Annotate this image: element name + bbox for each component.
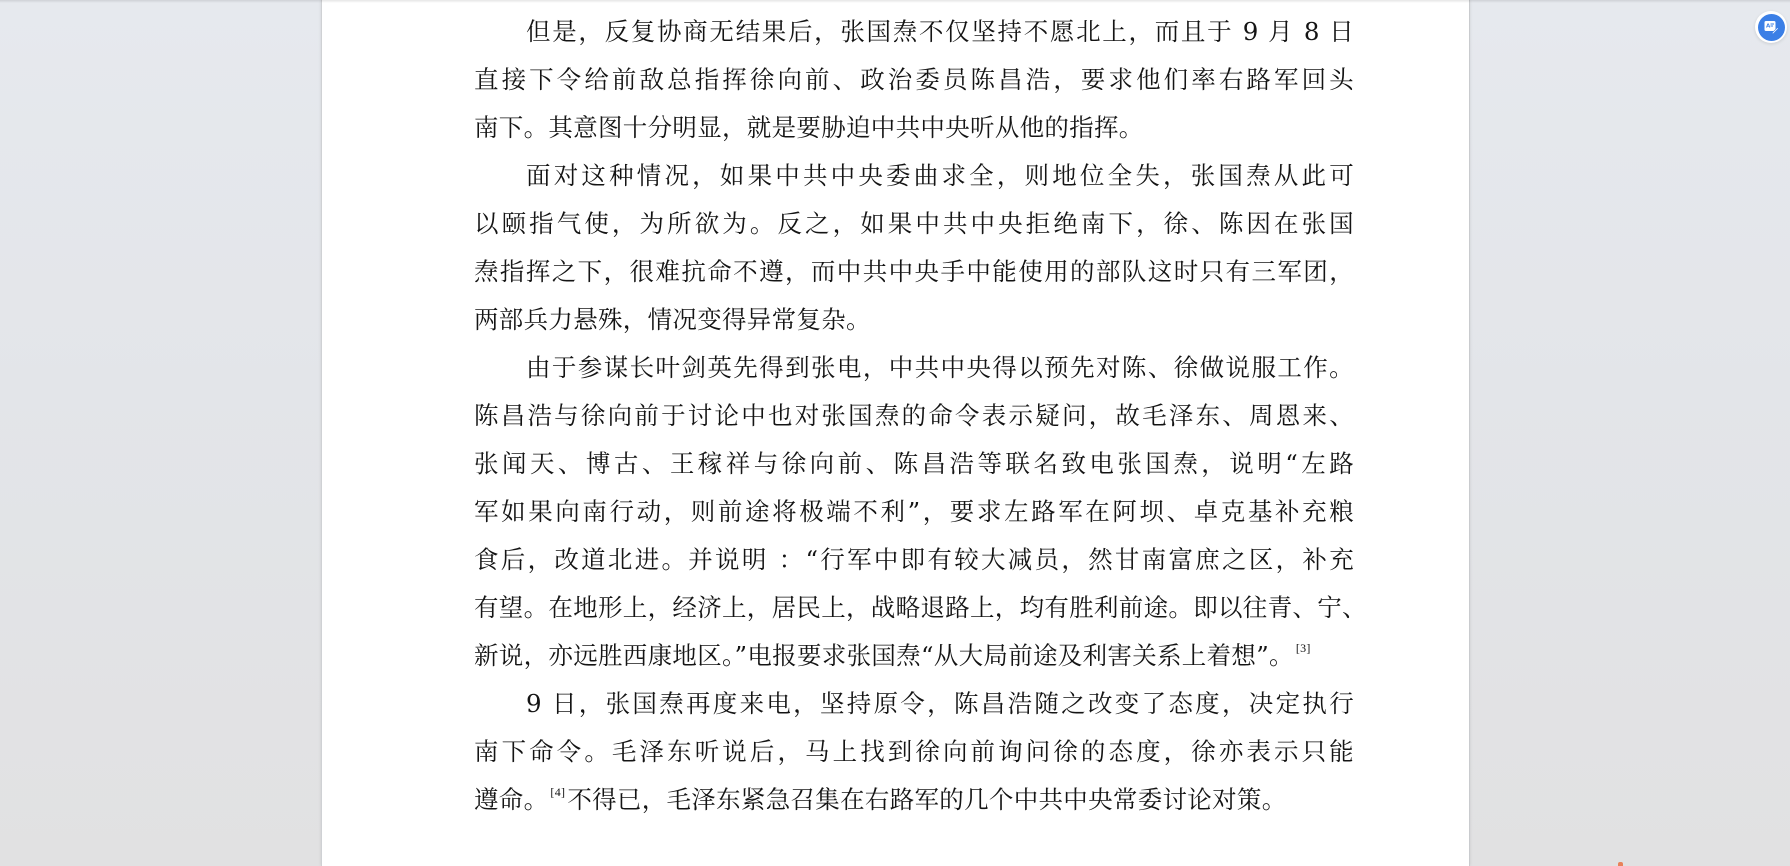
paragraph-2: 面对这种情况，如果中共中央委曲求全，则地位全失，张国焘从此可 以颐指气使，为所欲…: [474, 152, 1354, 344]
text-segment: 新说，亦远胜西康地区。”电报要求张国焘“从大局前途及利害关系上着想”。: [474, 641, 1294, 670]
paragraph-4: 9 日，张国焘再度来电，坚持原令，陈昌浩随之改变了态度，决定执行 南下命令。毛泽…: [474, 680, 1354, 824]
footnote-ref-3[interactable]: [3]: [1296, 641, 1311, 655]
text-line: 遵命。[4]不得已，毛泽东紧急召集在右路军的几个中共中央常委讨论对策。: [474, 776, 1354, 824]
text-line: 但是，反复协商无结果后，张国焘不仅坚持不愿北上，而且于 9 月 8 日: [474, 8, 1354, 56]
text-line: 新说，亦远胜西康地区。”电报要求张国焘“从大局前途及利害关系上着想”。[3]: [474, 632, 1354, 680]
ai-write-icon: A: [1758, 14, 1785, 41]
text-line: 张闻天、博古、王稼祥与徐向前、陈昌浩等联名致电张国焘，说明“左路: [474, 440, 1354, 488]
text-line: 面对这种情况，如果中共中央委曲求全，则地位全失，张国焘从此可: [474, 152, 1354, 200]
text-segment: 不得已，毛泽东紧急召集在右路军的几个中共中央常委讨论对策。: [567, 785, 1286, 814]
text-line: 南下。其意图十分明显，就是要胁迫中共中央听从他的指挥。: [474, 104, 1354, 152]
document-body: 但是，反复协商无结果后，张国焘不仅坚持不愿北上，而且于 9 月 8 日 直接下令…: [474, 8, 1354, 824]
text-line: 9 日，张国焘再度来电，坚持原令，陈昌浩随之改变了态度，决定执行: [474, 680, 1354, 728]
text-line: 以颐指气使，为所欲为。反之，如果中共中央拒绝南下，徐、陈因在张国: [474, 200, 1354, 248]
paragraph-1: 但是，反复协商无结果后，张国焘不仅坚持不愿北上，而且于 9 月 8 日 直接下令…: [474, 8, 1354, 152]
ai-write-button[interactable]: A: [1755, 11, 1787, 43]
text-line: 由于参谋长叶剑英先得到张电，中共中央得以预先对陈、徐做说服工作。: [474, 344, 1354, 392]
text-line: 有望。在地形上，经济上，居民上，战略退路上，均有胜利前途。即以往青、宁、: [474, 584, 1354, 632]
text-segment: 遵命。: [474, 785, 548, 814]
text-line: 两部兵力悬殊，情况变得异常复杂。: [474, 296, 1354, 344]
viewer-top-edge: [0, 0, 1790, 3]
document-page[interactable]: 但是，反复协商无结果后，张国焘不仅坚持不愿北上，而且于 9 月 8 日 直接下令…: [321, 0, 1470, 866]
scroll-indicator-mark: [1618, 862, 1623, 866]
svg-text:A: A: [1766, 24, 1771, 30]
footnote-ref-4[interactable]: [4]: [550, 785, 565, 799]
text-line: 焘指挥之下，很难抗命不遵，而中共中央手中能使用的部队这时只有三军团，: [474, 248, 1354, 296]
paragraph-3: 由于参谋长叶剑英先得到张电，中共中央得以预先对陈、徐做说服工作。 陈昌浩与徐向前…: [474, 344, 1354, 680]
text-line: 直接下令给前敌总指挥徐向前、政治委员陈昌浩，要求他们率右路军回头: [474, 56, 1354, 104]
text-line: 军如果向南行动，则前途将极端不利”，要求左路军在阿坝、卓克基补充粮: [474, 488, 1354, 536]
text-line: 食后，改道北进。并说明 ：“行军中即有较大减员，然甘南富庶之区，补充: [474, 536, 1354, 584]
text-line: 南下命令。毛泽东听说后，马上找到徐向前询问徐的态度，徐亦表示只能: [474, 728, 1354, 776]
text-line: 陈昌浩与徐向前于讨论中也对张国焘的命令表示疑问，故毛泽东、周恩来、: [474, 392, 1354, 440]
